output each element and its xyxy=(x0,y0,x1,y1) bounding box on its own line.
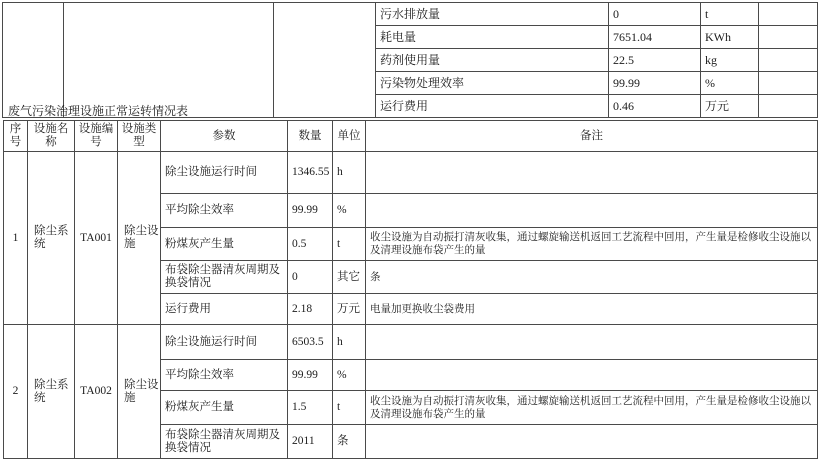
qty-cell: 0 xyxy=(288,261,333,294)
remark-cell: 电量加更换收尘袋费用 xyxy=(366,294,818,325)
unit-cell: 条 xyxy=(333,425,366,459)
facility-type-cell: 除尘设施 xyxy=(118,325,161,459)
carryover-empty-col-a xyxy=(3,3,64,118)
unit-cell: % xyxy=(701,72,759,95)
unit-cell: 万元 xyxy=(333,294,366,325)
unit-cell: 其它 xyxy=(333,261,366,294)
header-row: 序号 设施名称 设施编号 设施类型 参数 数量 单位 备注 xyxy=(4,121,818,152)
carryover-facility-table: 污水排放量0t耗电量7651.04KWh药剂使用量22.5kg污染物处理效率99… xyxy=(2,2,818,118)
param-cell: 平均除尘效率 xyxy=(161,360,288,391)
value-cell: 7651.04 xyxy=(609,26,701,49)
remark-cell xyxy=(759,49,818,72)
carryover-row: 污水排放量0t xyxy=(3,3,818,26)
unit-cell: t xyxy=(333,391,366,425)
qty-cell: 6503.5 xyxy=(288,325,333,360)
carryover-empty-col-c xyxy=(274,3,376,118)
param-cell: 除尘设施运行时间 xyxy=(161,325,288,360)
main-table-body: 1除尘系统TA001除尘设施除尘设施运行时间1346.55h平均除尘效率99.9… xyxy=(4,152,818,459)
param-cell: 平均除尘效率 xyxy=(161,194,288,228)
unit-cell: kg xyxy=(701,49,759,72)
section-title: 废气污染治理设施正常运转情况表 xyxy=(8,104,408,119)
remark-cell: 条 xyxy=(366,261,818,294)
header-param: 参数 xyxy=(161,121,288,152)
remark-cell xyxy=(366,152,818,194)
qty-cell: 1.5 xyxy=(288,391,333,425)
header-unit: 单位 xyxy=(333,121,366,152)
qty-cell: 99.99 xyxy=(288,194,333,228)
param-cell: 污染物处理效率 xyxy=(376,72,609,95)
unit-cell: h xyxy=(333,152,366,194)
param-cell: 布袋除尘器清灰周期及换袋情况 xyxy=(161,425,288,459)
header-seq: 序号 xyxy=(4,121,28,152)
header-facility-name: 设施名称 xyxy=(28,121,75,152)
value-cell: 0 xyxy=(609,3,701,26)
qty-cell: 1346.55 xyxy=(288,152,333,194)
remark-cell xyxy=(366,360,818,391)
param-cell: 除尘设施运行时间 xyxy=(161,152,288,194)
header-qty: 数量 xyxy=(288,121,333,152)
facility-seq-cell: 1 xyxy=(4,152,28,325)
qty-cell: 2011 xyxy=(288,425,333,459)
value-cell: 0.46 xyxy=(609,95,701,118)
param-cell: 布袋除尘器清灰周期及换袋情况 xyxy=(161,261,288,294)
param-cell: 粉煤灰产生量 xyxy=(161,228,288,261)
qty-cell: 99.99 xyxy=(288,360,333,391)
param-cell: 药剂使用量 xyxy=(376,49,609,72)
param-cell: 粉煤灰产生量 xyxy=(161,391,288,425)
waste-gas-facility-table: 序号 设施名称 设施编号 设施类型 参数 数量 单位 备注 1除尘系统TA001… xyxy=(3,120,818,459)
unit-cell: KWh xyxy=(701,26,759,49)
unit-cell: % xyxy=(333,194,366,228)
remark-cell xyxy=(366,194,818,228)
header-facility-code: 设施编号 xyxy=(75,121,118,152)
facility-param-row: 2除尘系统TA002除尘设施除尘设施运行时间6503.5h xyxy=(4,325,818,360)
header-facility-type: 设施类型 xyxy=(118,121,161,152)
remark-cell: 收尘设施为自动振打清灰收集，通过螺旋输送机返回工艺流程中回用，产生量是检修收尘设… xyxy=(366,391,818,425)
remark-cell xyxy=(759,95,818,118)
facility-code-cell: TA001 xyxy=(75,152,118,325)
remark-cell xyxy=(759,3,818,26)
header-remark: 备注 xyxy=(366,121,818,152)
qty-cell: 2.18 xyxy=(288,294,333,325)
unit-cell: t xyxy=(701,3,759,26)
unit-cell: % xyxy=(333,360,366,391)
facility-code-cell: TA002 xyxy=(75,325,118,459)
remark-cell xyxy=(366,325,818,360)
param-cell: 污水排放量 xyxy=(376,3,609,26)
value-cell: 99.99 xyxy=(609,72,701,95)
remark-cell xyxy=(759,26,818,49)
unit-cell: h xyxy=(333,325,366,360)
facility-param-row: 1除尘系统TA001除尘设施除尘设施运行时间1346.55h xyxy=(4,152,818,194)
carryover-empty-col-b xyxy=(64,3,274,118)
unit-cell: 万元 xyxy=(701,95,759,118)
remark-cell: 收尘设施为自动振打清灰收集，通过螺旋输送机返回工艺流程中回用，产生量是检修收尘设… xyxy=(366,228,818,261)
remark-cell xyxy=(759,72,818,95)
carryover-table-body: 污水排放量0t耗电量7651.04KWh药剂使用量22.5kg污染物处理效率99… xyxy=(3,3,818,118)
value-cell: 22.5 xyxy=(609,49,701,72)
facility-seq-cell: 2 xyxy=(4,325,28,459)
remark-cell xyxy=(366,425,818,459)
unit-cell: t xyxy=(333,228,366,261)
param-cell: 运行费用 xyxy=(161,294,288,325)
qty-cell: 0.5 xyxy=(288,228,333,261)
facility-name-cell: 除尘系统 xyxy=(28,325,75,459)
facility-name-cell: 除尘系统 xyxy=(28,152,75,325)
param-cell: 运行费用 xyxy=(376,95,609,118)
facility-type-cell: 除尘设施 xyxy=(118,152,161,325)
param-cell: 耗电量 xyxy=(376,26,609,49)
